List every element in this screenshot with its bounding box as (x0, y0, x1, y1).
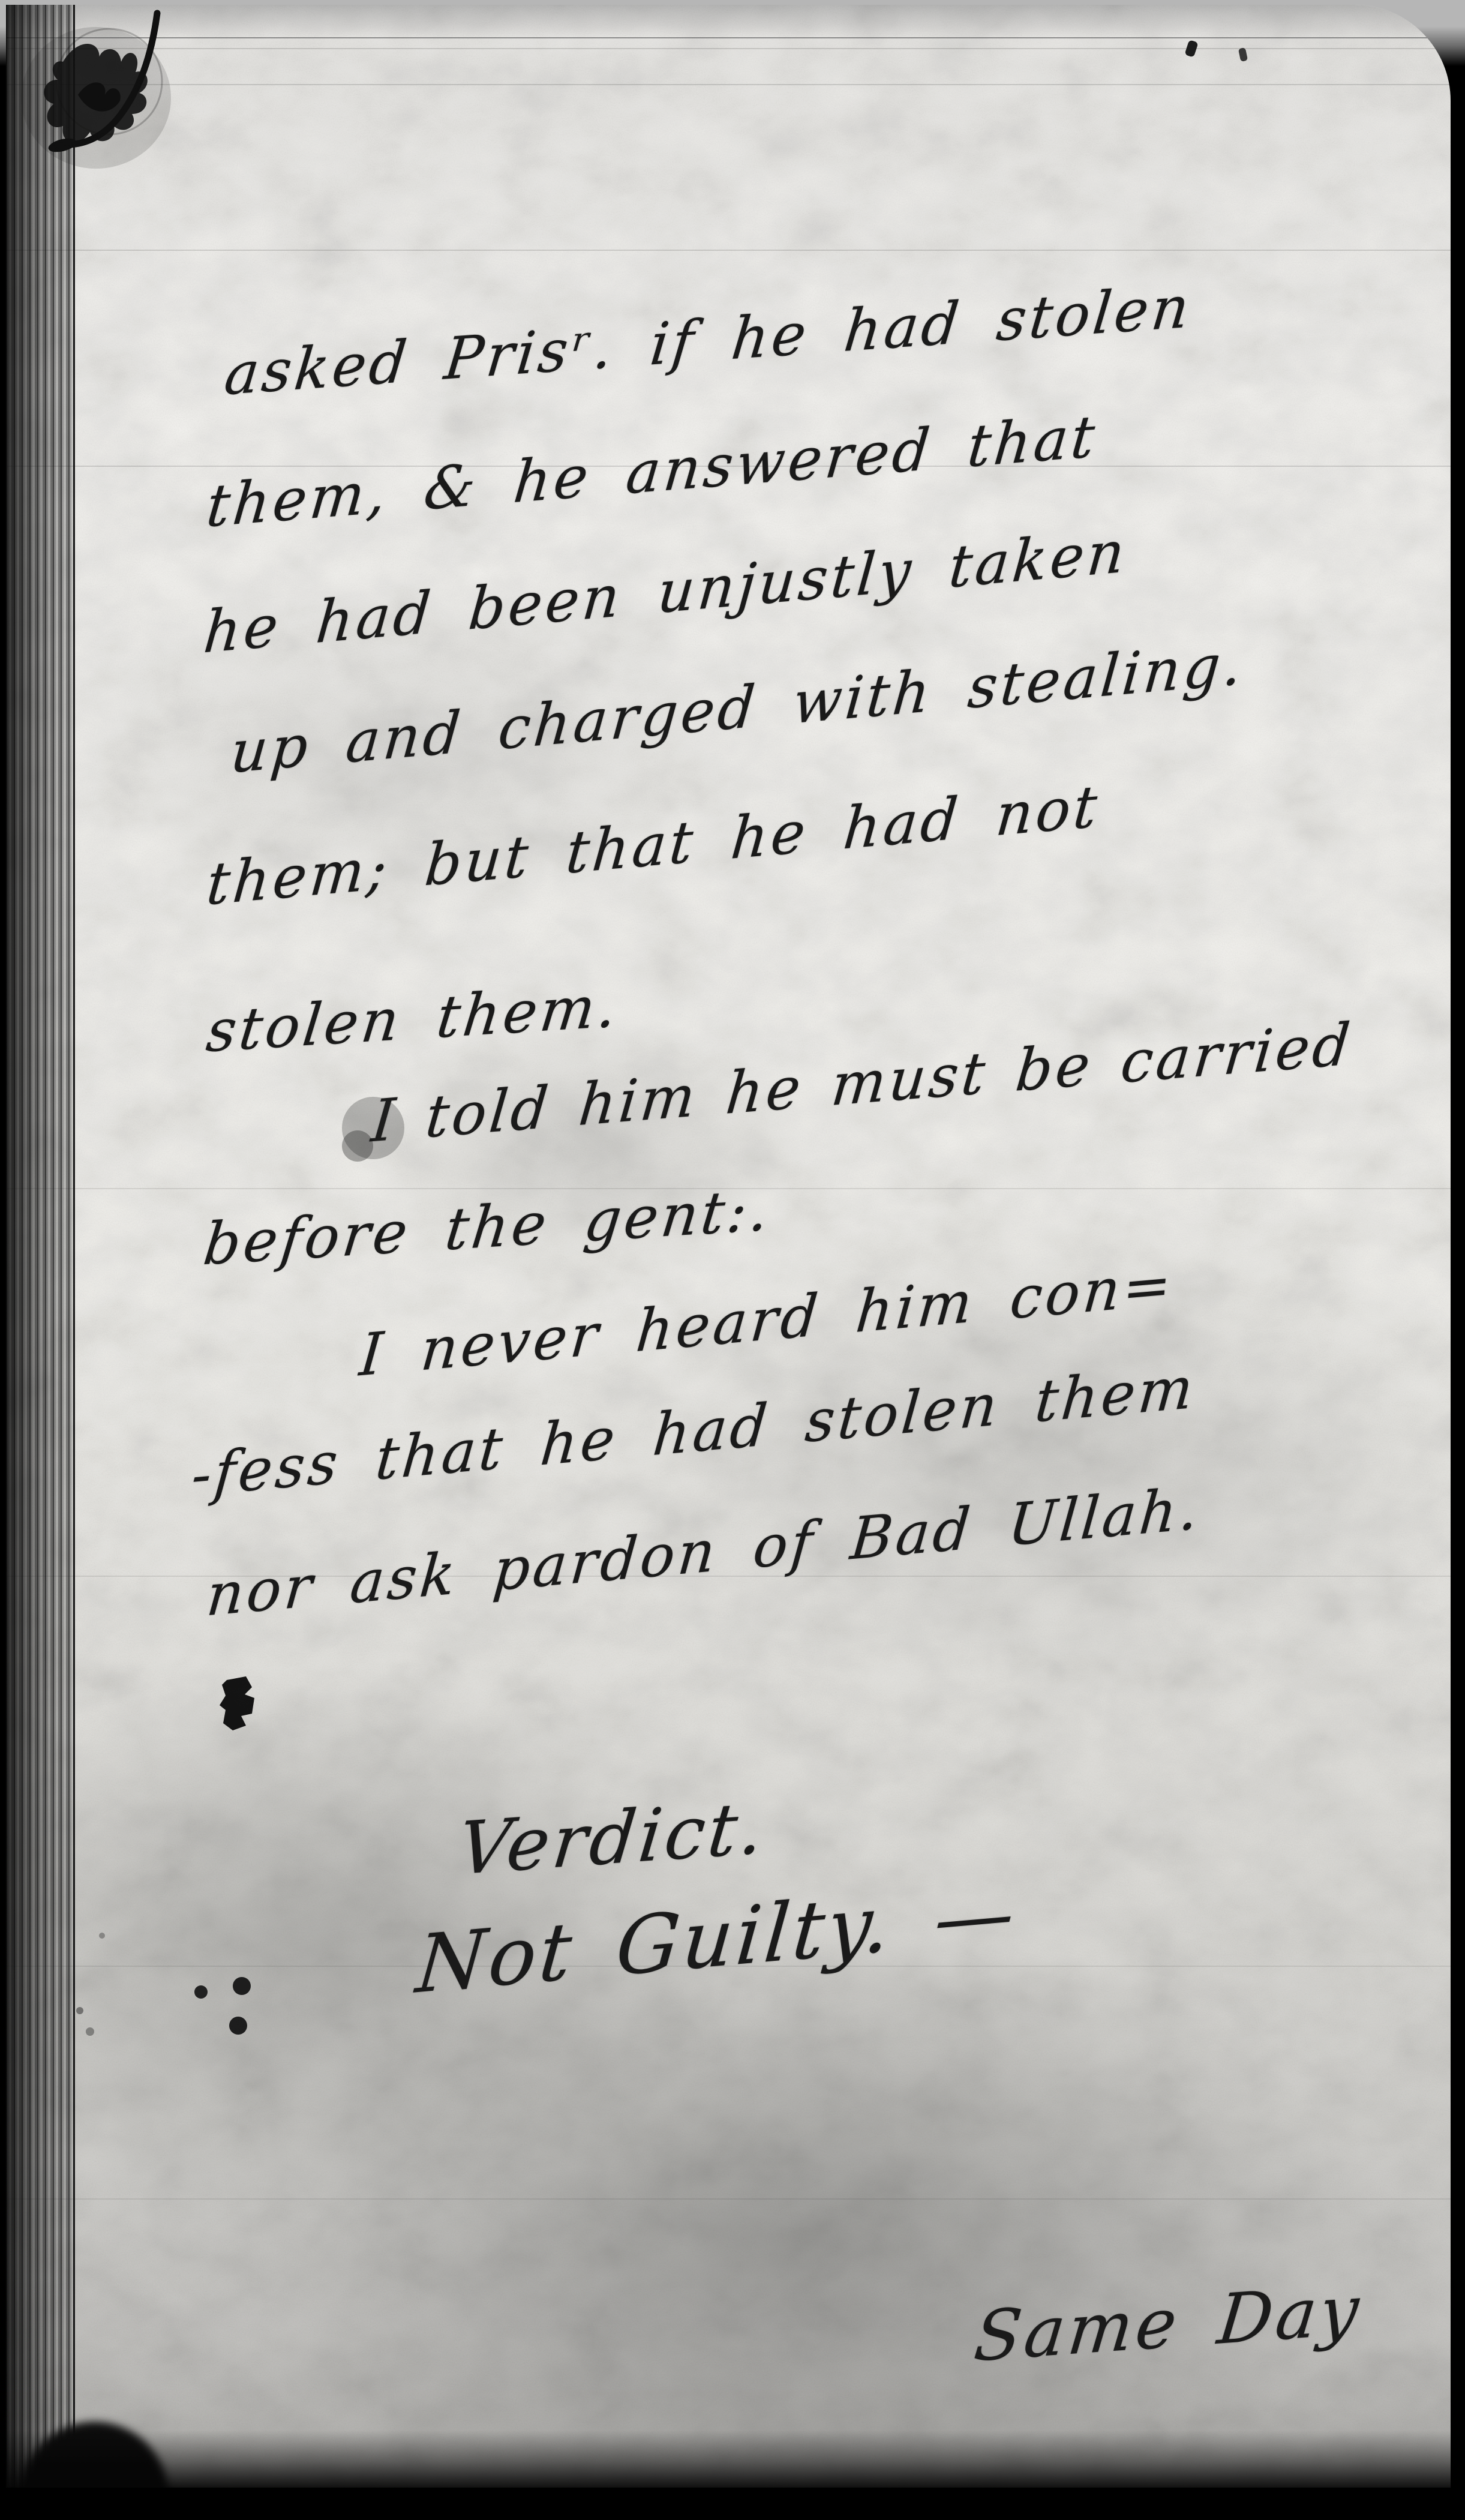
page-bottom-edge-shadow (6, 2430, 1451, 2488)
scanned-manuscript-photo: asked Prisʳ. if he had stolen them, & he… (0, 0, 1465, 2520)
ink-scribble (21, 13, 171, 169)
ink-blot (220, 1676, 254, 1730)
ink-dots (76, 1097, 404, 2036)
manuscript-page: asked Prisʳ. if he had stolen them, & he… (6, 5, 1451, 2488)
ink-marks-layer (6, 5, 1451, 2488)
ink-speck (1184, 40, 1248, 62)
